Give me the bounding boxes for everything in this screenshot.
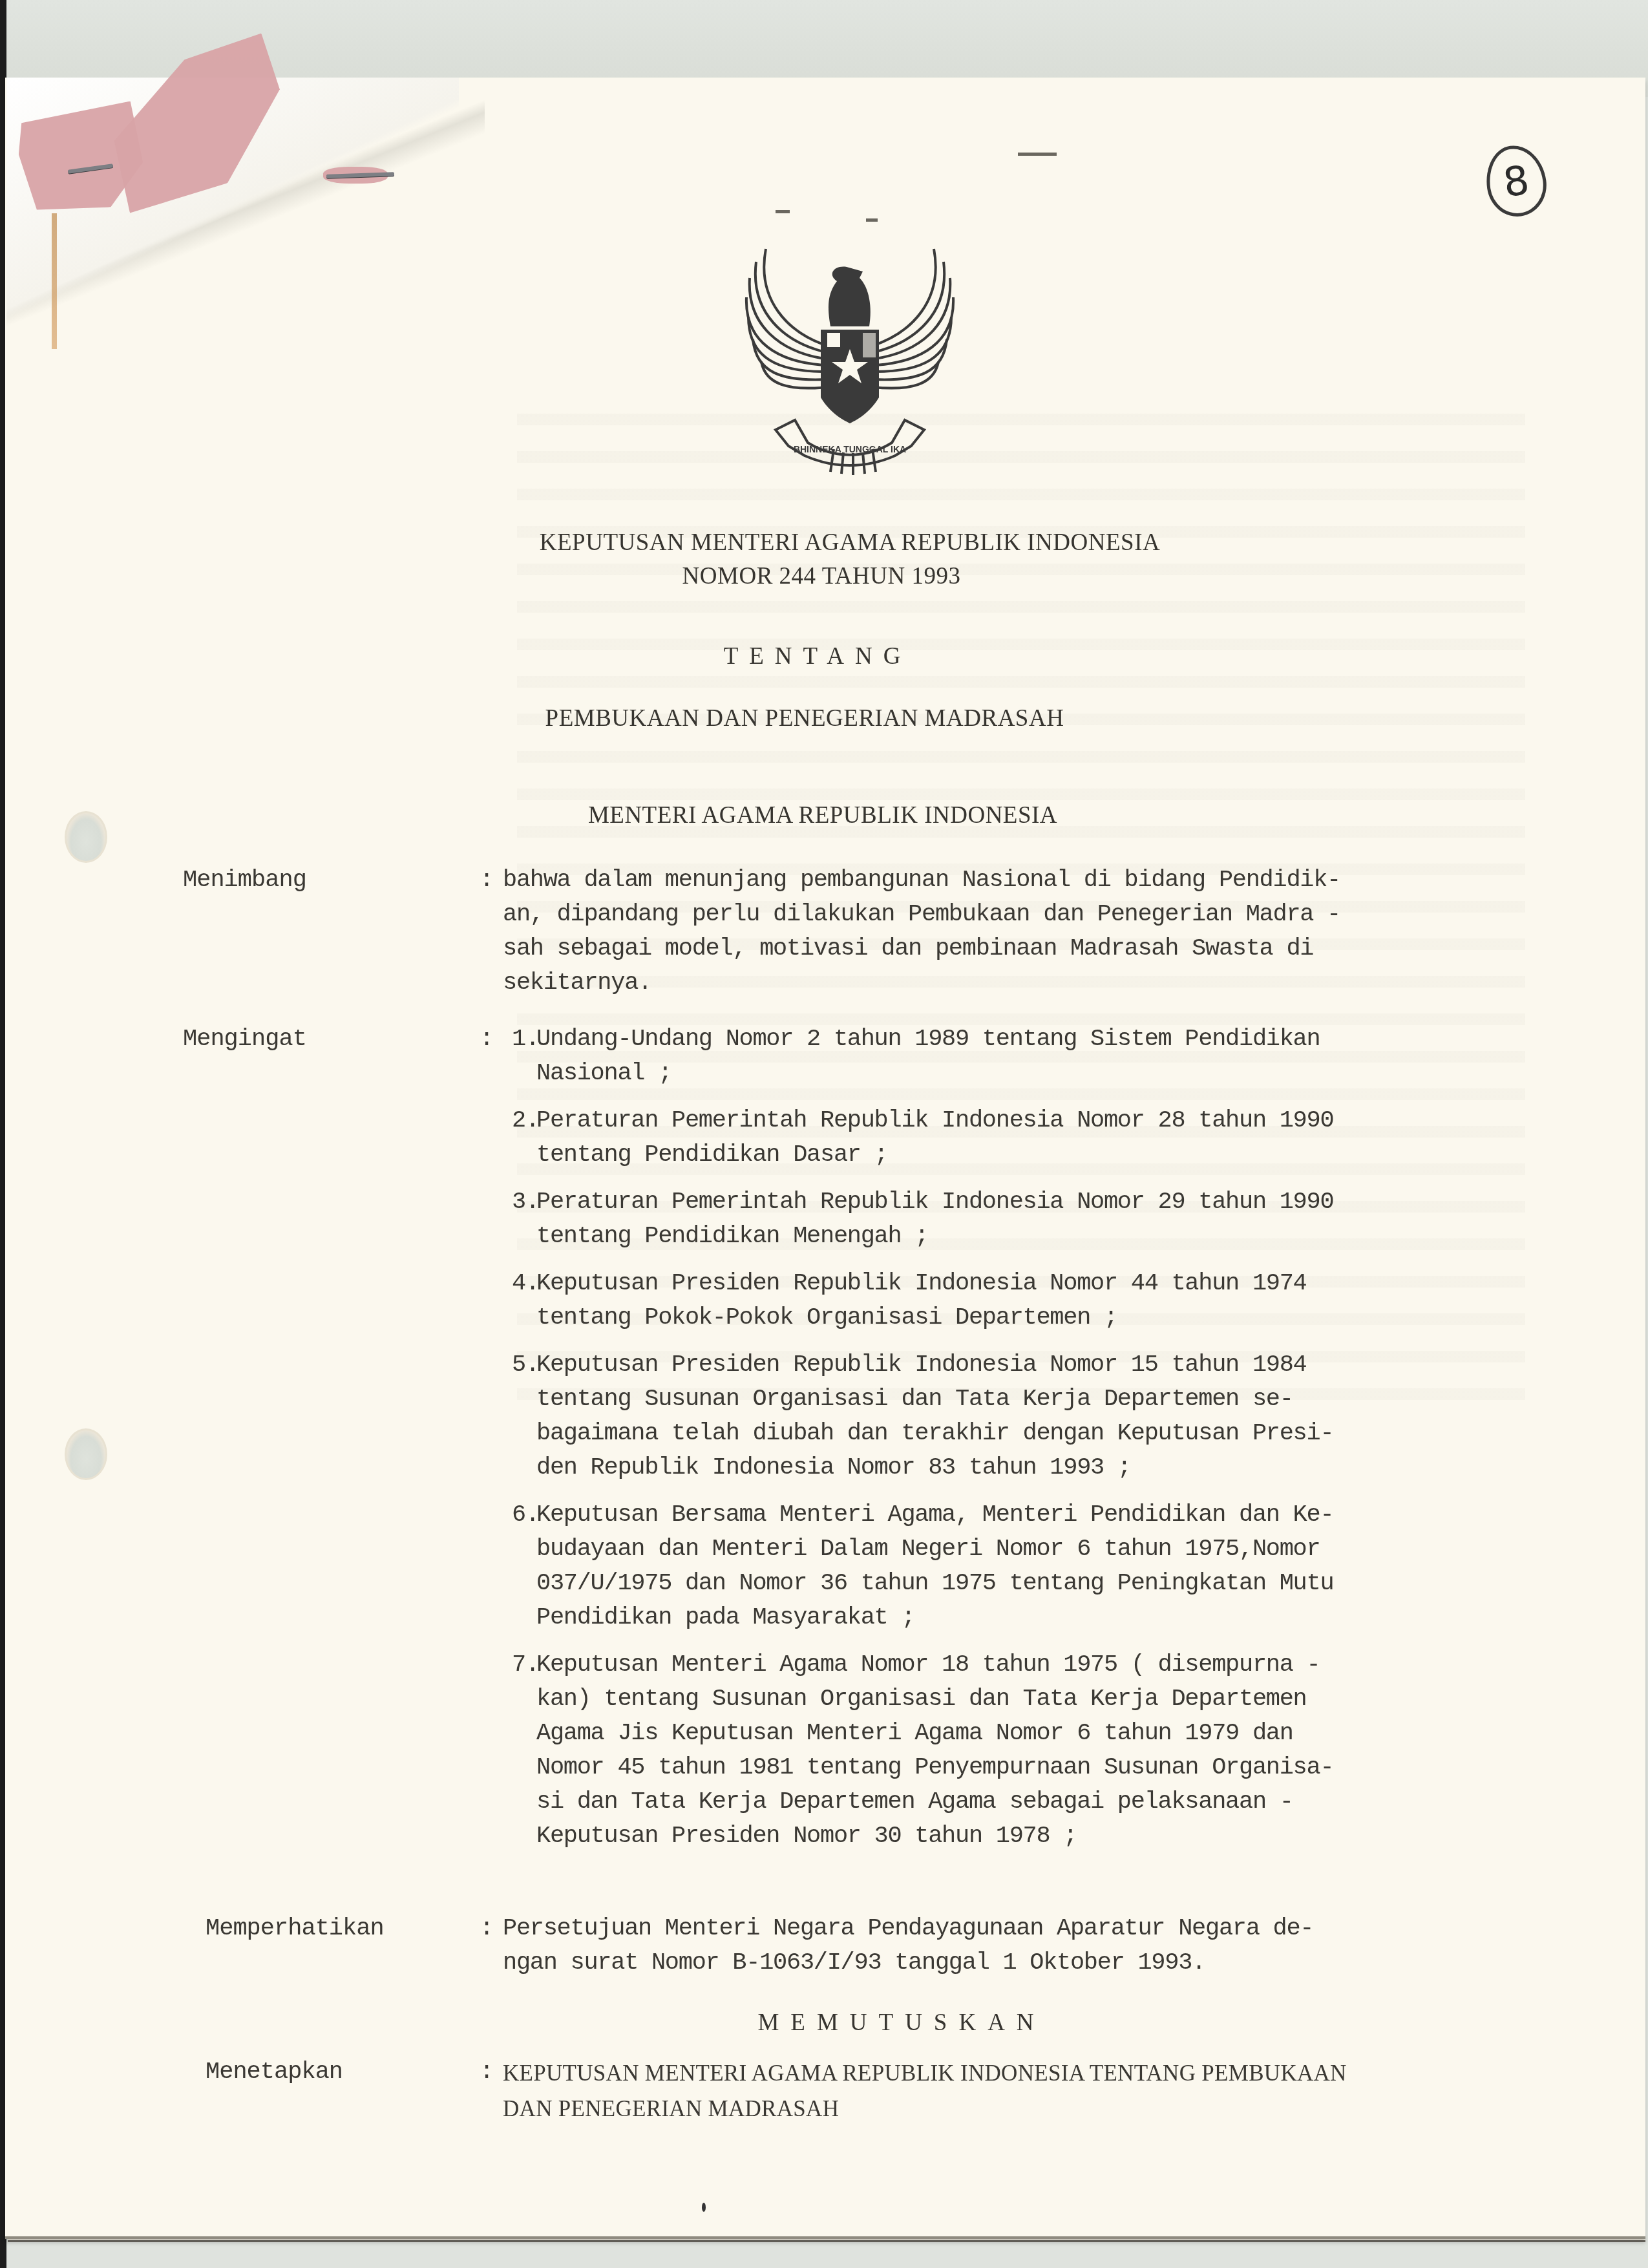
tentang-heading: TENTANG (0, 642, 1642, 670)
list-item-text: Keputusan Bersama Menteri Agama, Menteri… (536, 1501, 1333, 1631)
list-item-text: Keputusan Presiden Republik Indonesia No… (536, 1270, 1307, 1331)
emblem-motto: BHINNEKA TUNGGAL IKA (794, 444, 906, 454)
page-number-text: 8 (1500, 156, 1532, 206)
section-colon: : (480, 1023, 494, 1057)
garuda-emblem-icon: BHINNEKA TUNGGAL IKA (730, 236, 969, 475)
list-item-number: 6. (512, 1498, 539, 1532)
list-item: 6.Keputusan Bersama Menteri Agama, Mente… (503, 1498, 1524, 1635)
ink-mark (776, 210, 790, 213)
rust-stain (52, 213, 57, 349)
menetapkan-text: KEPUTUSAN MENTERI AGAMA REPUBLIK INDONES… (503, 2055, 1517, 2126)
list-item-number: 7. (512, 1648, 539, 1682)
section-label: Memperhatikan (206, 1912, 384, 1946)
punch-hole (65, 1428, 107, 1480)
decree-issuer: MENTERI AGAMA REPUBLIK INDONESIA (0, 801, 1647, 829)
section-label: Menetapkan (206, 2055, 343, 2090)
section-label: Menimbang (183, 864, 306, 898)
list-item-text: Peraturan Pemerintah Republik Indonesia … (536, 1107, 1333, 1169)
decree-subject: PEMBUKAAN DAN PENEGERIAN MADRASAH (0, 705, 1629, 732)
list-item-text: Keputusan Presiden Republik Indonesia No… (536, 1351, 1333, 1481)
ink-dot (702, 2203, 706, 2212)
decree-title: KEPUTUSAN MENTERI AGAMA REPUBLIK INDONES… (26, 529, 1648, 556)
list-item-text: Undang-Undang Nomor 2 tahun 1989 tentang… (536, 1026, 1320, 1087)
menimbang-text: bahwa dalam menunjang pembangunan Nasion… (503, 864, 1517, 1001)
list-item-text: Keputusan Menteri Agama Nomor 18 tahun 1… (536, 1651, 1333, 1850)
list-item-number: 2. (512, 1104, 539, 1138)
list-item: 2.Peraturan Pemerintah Republik Indonesi… (503, 1104, 1524, 1172)
mengingat-list: 1.Undang-Undang Nomor 2 tahun 1989 tenta… (503, 1023, 1524, 1867)
list-item: 7.Keputusan Menteri Agama Nomor 18 tahun… (503, 1648, 1524, 1854)
ink-mark (866, 218, 878, 222)
list-item-number: 4. (512, 1267, 539, 1301)
section-colon: : (480, 864, 494, 898)
section-colon: : (480, 1912, 494, 1946)
memperhatikan-text: Persetujuan Menteri Negara Pendayagunaan… (503, 1912, 1517, 1980)
list-item-text: Peraturan Pemerintah Republik Indonesia … (536, 1189, 1333, 1250)
list-item: 4.Keputusan Presiden Republik Indonesia … (503, 1267, 1524, 1335)
memutuskan-heading: MEMUTUSKAN (78, 2009, 1648, 2037)
staple-mark (1018, 153, 1057, 156)
decree-number: NOMOR 244 TAHUN 1993 (0, 562, 1645, 590)
list-item-number: 1. (512, 1023, 539, 1057)
list-item: 3.Peraturan Pemerintah Republik Indonesi… (503, 1185, 1524, 1254)
list-item-number: 3. (512, 1185, 539, 1220)
list-item: 5.Keputusan Presiden Republik Indonesia … (503, 1348, 1524, 1485)
list-item: 1.Undang-Undang Nomor 2 tahun 1989 tenta… (503, 1023, 1524, 1091)
list-item-number: 5. (512, 1348, 539, 1383)
section-label: Mengingat (183, 1023, 306, 1057)
section-colon: : (480, 2055, 494, 2090)
